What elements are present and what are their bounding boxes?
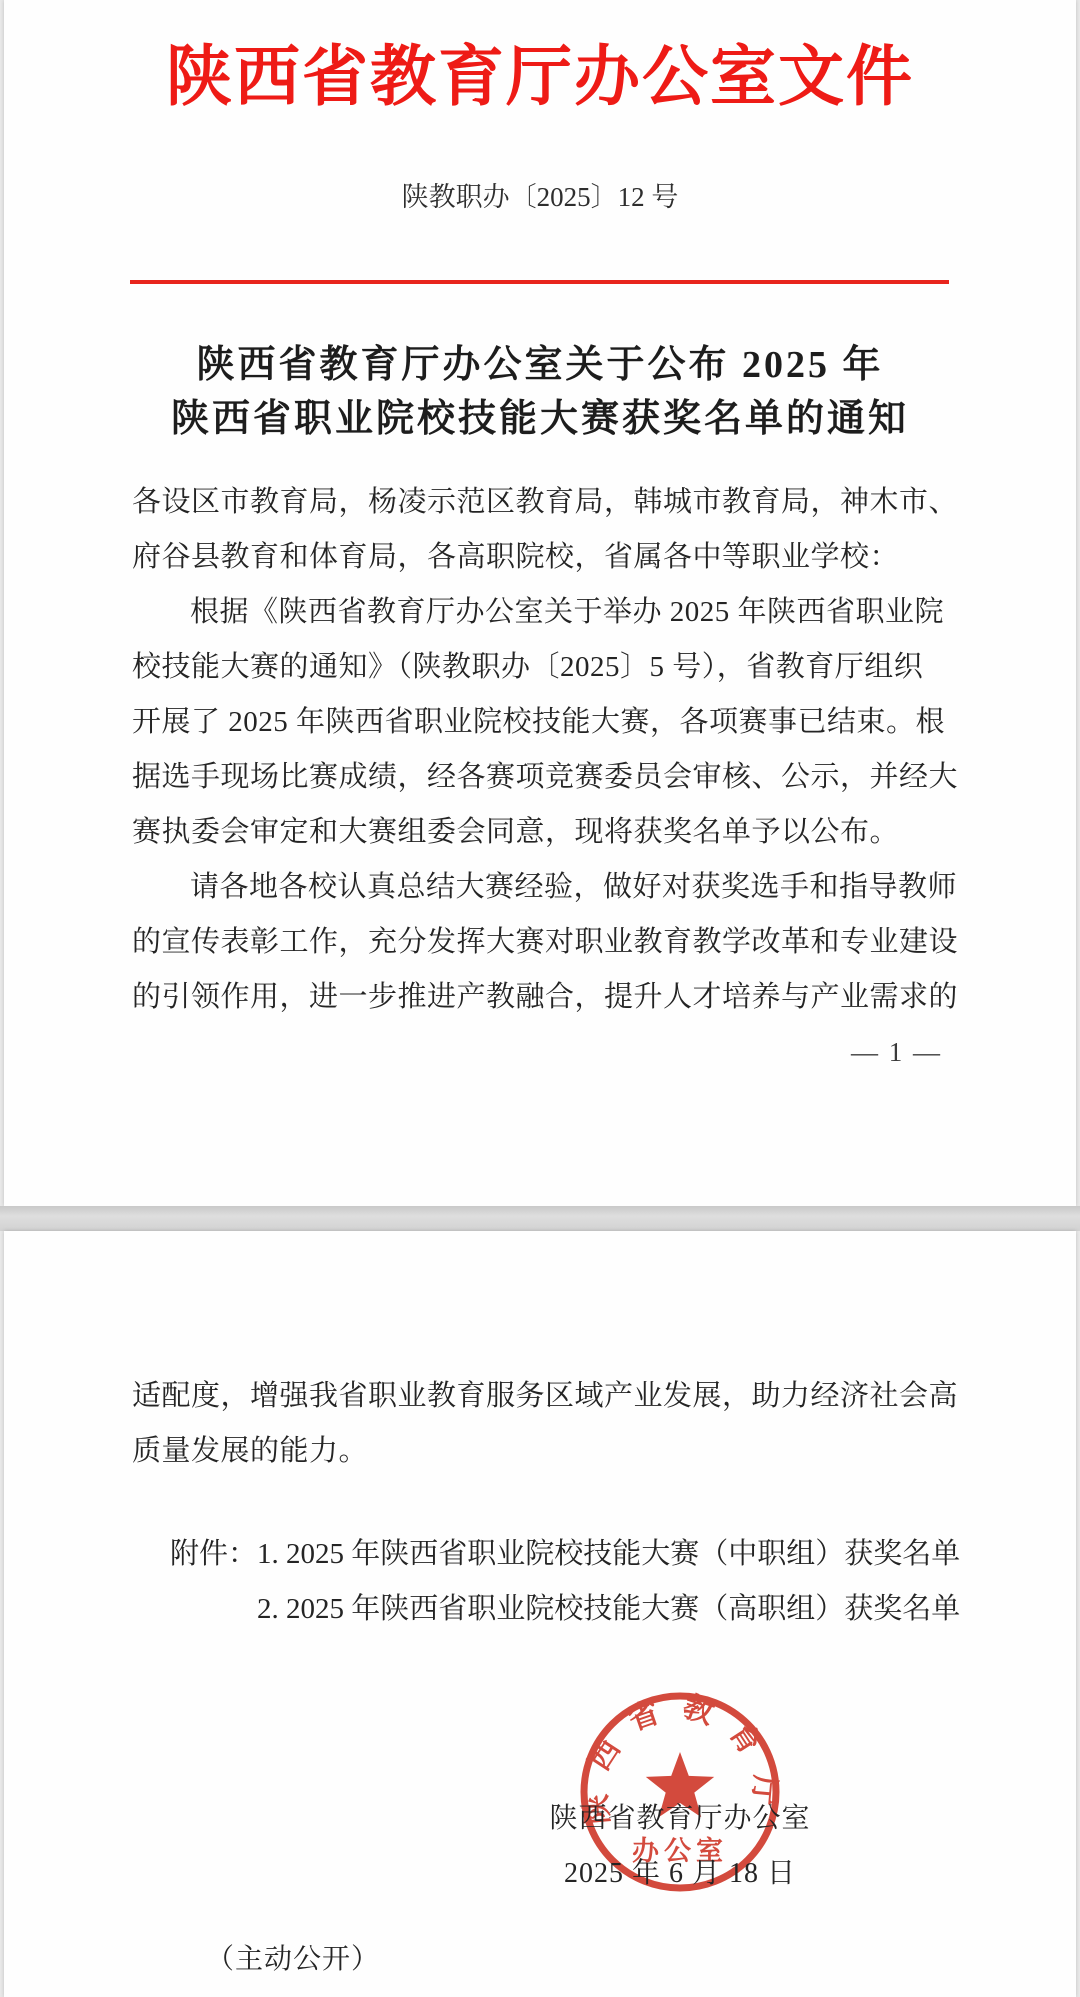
- body-text-page-2: 适配度，增强我省职业教育服务区域产业发展，助力经济社会高 质量发展的能力。: [132, 1369, 956, 1479]
- document-page-1: 陕西省教育厅办公室文件 陕教职办〔2025〕12 号 陕西省教育厅办公室关于公布…: [4, 0, 1076, 1206]
- document-title-line-2: 陕西省职业院校技能大赛获奖名单的通知: [4, 392, 1076, 446]
- red-letterhead-title: 陕西省教育厅办公室文件: [4, 32, 1076, 124]
- body-line: 据选手现场比赛成绩，经各赛项竞赛委员会审核、公示，并经大: [132, 750, 956, 805]
- body-line: 赛执委会审定和大赛组委会同意，现将获奖名单予以公布。: [132, 805, 956, 860]
- attachments-label: 附件：: [170, 1527, 257, 1637]
- body-line: 请各地各校认真总结大赛经验，做好对获奖选手和指导教师: [132, 860, 956, 915]
- attachment-item-2: 2. 2025 年陕西省职业院校技能大赛（高职组）获奖名单: [257, 1582, 960, 1637]
- body-line: 府谷县教育和体育局，各高职院校，省属各中等职业学校：: [132, 530, 956, 585]
- page-separator: [0, 1206, 1080, 1231]
- issue-date: 2025 年 6 月 18 日: [420, 1853, 940, 1895]
- body-line: 的宣传表彰工作，充分发挥大赛对职业教育教学改革和专业建设: [132, 915, 956, 970]
- document-title-line-1: 陕西省教育厅办公室关于公布 2025 年: [4, 338, 1076, 392]
- body-line: 开展了 2025 年陕西省职业院校技能大赛，各项赛事已结束。根: [132, 695, 956, 750]
- attachment-item-1: 1. 2025 年陕西省职业院校技能大赛（中职组）获奖名单: [257, 1527, 960, 1582]
- attachments-list: 附件： 1. 2025 年陕西省职业院校技能大赛（中职组）获奖名单 2. 202…: [170, 1527, 970, 1637]
- page-number: — 1 —: [851, 1032, 942, 1072]
- issuing-office-signature: 陕西省教育厅办公室: [420, 1798, 940, 1840]
- body-line: 适配度，增强我省职业教育服务区域产业发展，助力经济社会高: [132, 1369, 956, 1424]
- body-line: 根据《陕西省教育厅办公室关于举办 2025 年陕西省职业院: [132, 585, 956, 640]
- document-page-2: 适配度，增强我省职业教育服务区域产业发展，助力经济社会高 质量发展的能力。 附件…: [4, 1231, 1076, 1997]
- body-line: 各设区市教育局，杨凌示范区教育局，韩城市教育局，神木市、: [132, 475, 956, 530]
- document-number: 陕教职办〔2025〕12 号: [4, 176, 1076, 218]
- disclosure-note: （主动公开）: [206, 1939, 380, 1981]
- body-line: 的引领作用，进一步推进产教融合，提升人才培养与产业需求的: [132, 970, 956, 1025]
- body-line: 校技能大赛的通知》（陕教职办〔2025〕5 号），省教育厅组织: [132, 640, 956, 695]
- body-text-page-1: 各设区市教育局，杨凌示范区教育局，韩城市教育局，神木市、 府谷县教育和体育局，各…: [132, 475, 956, 1025]
- red-divider-line: [130, 280, 949, 284]
- body-line: 质量发展的能力。: [132, 1424, 956, 1479]
- document-title: 陕西省教育厅办公室关于公布 2025 年 陕西省职业院校技能大赛获奖名单的通知: [4, 338, 1076, 446]
